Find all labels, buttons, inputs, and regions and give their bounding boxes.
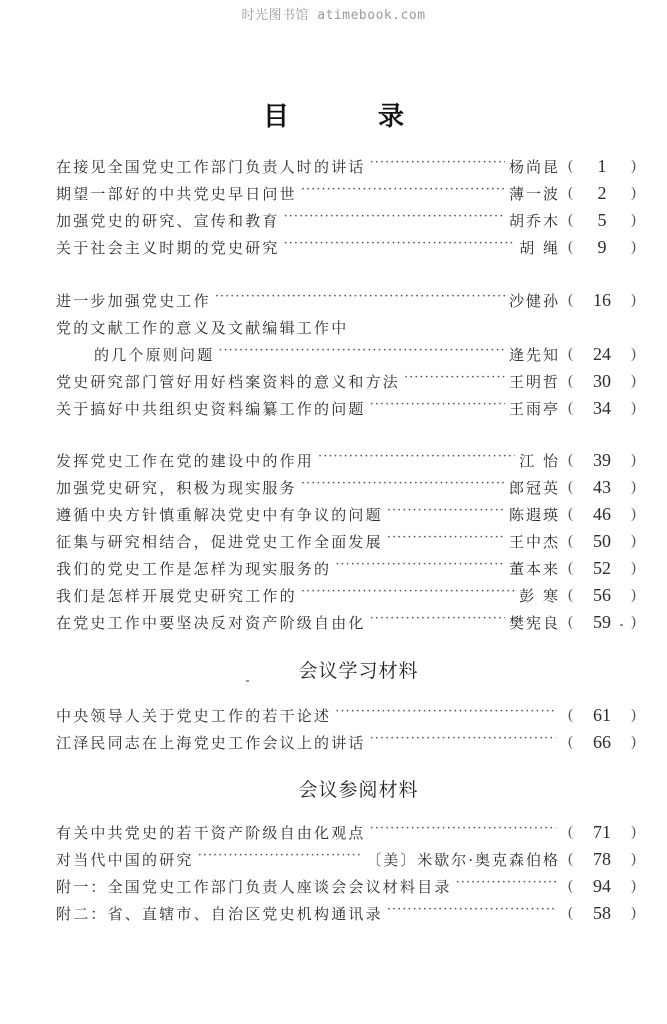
leader-dots <box>404 372 505 390</box>
entry-author: 樊宪良 <box>509 612 560 633</box>
entry-author: 王中杰 <box>509 531 560 552</box>
entry-page: (46) <box>560 504 636 525</box>
page-number: 5 <box>573 210 631 231</box>
toc-entry[interactable]: 期望一部好的中共党史早日问世 薄一波 (2) <box>56 181 636 205</box>
page-number: 56 <box>573 585 631 606</box>
watermark: 时光图书馆 atimebook.com <box>0 4 667 23</box>
entry-page: (50) <box>560 531 636 552</box>
entry-title: 关于社会主义时期的党史研究 <box>56 237 280 258</box>
page-number: 94 <box>573 876 631 897</box>
leader-dots <box>387 505 505 523</box>
leader-dots <box>215 291 505 309</box>
entry-page: (66) <box>560 732 636 753</box>
entry-page: (5) <box>560 210 636 231</box>
entry-title: 期望一部好的中共党史早日问世 <box>56 183 297 204</box>
page-number: 59 <box>573 612 631 633</box>
entry-title: 附二：省、直辖市、自治区党史机构通讯录 <box>56 903 383 924</box>
entry-title: 我们是怎样开展党史研究工作的 <box>56 585 297 606</box>
entry-page: (16) <box>560 290 636 311</box>
leader-dots <box>370 399 505 417</box>
entry-author: 陈遐瑛 <box>509 504 560 525</box>
entry-page: (56) <box>560 585 636 606</box>
page-number: 61 <box>573 705 631 726</box>
entry-title: 有关中共党史的若干资产阶级自由化观点 <box>56 822 366 843</box>
page-number: 46 <box>573 504 631 525</box>
entry-author: 胡 绳 <box>519 237 560 258</box>
entry-page: (52) <box>560 558 636 579</box>
entry-title: 对当代中国的研究 <box>56 849 194 870</box>
leader-dots <box>318 451 515 469</box>
toc-entry[interactable]: 发挥党史工作在党的建设中的作用 江 怡 (39) <box>56 448 636 472</box>
entry-page: (94) <box>560 876 636 897</box>
toc-entry[interactable]: 在接见全国党史工作部门负责人时的讲话 杨尚昆 (1) <box>56 154 636 178</box>
page-number: 34 <box>573 398 631 419</box>
entry-title: 加强党史的研究、宣传和教育 <box>56 210 280 231</box>
page-number: 24 <box>573 344 631 365</box>
entry-author: 王雨亭 <box>509 398 560 419</box>
leader-dots <box>370 157 505 175</box>
page-number: 2 <box>573 183 631 204</box>
toc-entry-continuation[interactable]: 的几个原则问题 逄先知 (24) <box>94 342 636 366</box>
entry-page: (71) <box>560 822 636 843</box>
entry-author: 郎冠英 <box>509 477 560 498</box>
entry-title: 征集与研究相结合，促进党史工作全面发展 <box>56 531 383 552</box>
toc-entry[interactable]: 我们是怎样开展党史研究工作的 彭 寒 (56) <box>56 583 636 607</box>
entry-author: 董本来 <box>509 558 560 579</box>
leader-dots <box>301 478 505 496</box>
leader-dots <box>301 586 515 604</box>
page-number: 78 <box>573 849 631 870</box>
entry-author: 胡乔木 <box>509 210 560 231</box>
entry-page: (30) <box>560 371 636 392</box>
leader-dots <box>456 877 556 895</box>
page-number: 66 <box>573 732 631 753</box>
entry-page: (61) <box>560 705 636 726</box>
leader-dots <box>284 211 505 229</box>
entry-author: 〔美〕米歇尔·奥克森伯格 <box>366 849 560 870</box>
toc-entry[interactable]: 附一：全国党史工作部门负责人座谈会会议材料目录 (94) <box>56 874 636 898</box>
page-number: 16 <box>573 290 631 311</box>
entry-title: 党史研究部门管好用好档案资料的意义和方法 <box>56 371 400 392</box>
page-number: 52 <box>573 558 631 579</box>
entry-title: 加强党史研究，积极为现实服务 <box>56 477 297 498</box>
entry-title: 关于搞好中共组织史资料编纂工作的问题 <box>56 398 366 419</box>
toc-entry[interactable]: 关于社会主义时期的党史研究 胡 绳 (9) <box>56 235 636 259</box>
toc-entry[interactable]: 加强党史研究，积极为现实服务 郎冠英 (43) <box>56 475 636 499</box>
leader-dots <box>218 345 505 363</box>
page-number: 9 <box>573 237 631 258</box>
leader-dots <box>370 823 556 841</box>
entry-page: (24) <box>560 344 636 365</box>
leader-dots <box>387 904 556 922</box>
leader-dots <box>387 532 505 550</box>
toc-entry[interactable]: 江泽民同志在上海党史工作会议上的讲话 (66) <box>56 730 636 754</box>
page-number: 1 <box>573 156 631 177</box>
toc-entry[interactable]: 加强党史的研究、宣传和教育 胡乔木 (5) <box>56 208 636 232</box>
entry-title: 我们的党史工作是怎样为现实服务的 <box>56 558 331 579</box>
page-number: 30 <box>573 371 631 392</box>
entry-page: (9) <box>560 237 636 258</box>
toc-entry[interactable]: 党史研究部门管好用好档案资料的意义和方法 王明哲 (30) <box>56 369 636 393</box>
toc-entry[interactable]: 对当代中国的研究 〔美〕米歇尔·奥克森伯格 (78) <box>56 847 636 871</box>
entry-author: 杨尚昆 <box>509 156 560 177</box>
entry-page: (58) <box>560 903 636 924</box>
entry-page: (2) <box>560 183 636 204</box>
entry-title: 遵循中央方针慎重解决党史中有争议的问题 <box>56 504 383 525</box>
section-heading-reference-materials: 会议参阅材料 <box>0 775 667 802</box>
entry-author: 薄一波 <box>509 183 560 204</box>
entry-title: 进一步加强党史工作 <box>56 290 211 311</box>
page-number: 43 <box>573 477 631 498</box>
entry-page: (1) <box>560 156 636 177</box>
leader-dots <box>370 613 505 631</box>
leader-dots <box>284 238 516 256</box>
toc-entry[interactable]: 遵循中央方针慎重解决党史中有争议的问题 陈遐瑛 (46) <box>56 502 636 526</box>
toc-entry[interactable]: 进一步加强党史工作 沙健孙 (16) <box>56 288 636 312</box>
entry-title-continuation: 的几个原则问题 <box>94 344 214 365</box>
entry-title: 附一：全国党史工作部门负责人座谈会会议材料目录 <box>56 876 452 897</box>
entry-title: 在党史工作中要坚决反对资产阶级自由化 <box>56 612 366 633</box>
section-heading-study-materials: 会议学习材料 <box>0 656 667 683</box>
entry-title: 中央领导人关于党史工作的若干论述 <box>56 705 331 726</box>
entry-page: (43) <box>560 477 636 498</box>
entry-title: 江泽民同志在上海党史工作会议上的讲话 <box>56 732 366 753</box>
leader-dots <box>335 559 505 577</box>
page-number: 50 <box>573 531 631 552</box>
toc-entry[interactable]: 征集与研究相结合，促进党史工作全面发展 王中杰 (50) <box>56 529 636 553</box>
entry-page: (34) <box>560 398 636 419</box>
page-title: 目 录 <box>0 96 667 133</box>
toc-entry[interactable]: 中央领导人关于党史工作的若干论述 (61) <box>56 703 636 727</box>
toc-entry[interactable]: 附二：省、直辖市、自治区党史机构通讯录 (58) <box>56 901 636 925</box>
toc-entry[interactable]: 关于搞好中共组织史资料编纂工作的问题 王雨亭 (34) <box>56 396 636 420</box>
leader-dots <box>301 184 505 202</box>
page-number: 58 <box>573 903 631 924</box>
entry-page: (59) <box>560 612 636 633</box>
toc-entry[interactable]: 有关中共党史的若干资产阶级自由化观点 (71) <box>56 820 636 844</box>
entry-author: 逄先知 <box>509 344 560 365</box>
entry-page: (78) <box>560 849 636 870</box>
entry-title: 在接见全国党史工作部门负责人时的讲话 <box>56 156 366 177</box>
page-number: 39 <box>573 450 631 471</box>
scan-speck <box>620 624 623 626</box>
entry-page: (39) <box>560 450 636 471</box>
toc-entry[interactable]: 我们的党史工作是怎样为现实服务的 董本来 (52) <box>56 556 636 580</box>
entry-author: 江 怡 <box>519 450 560 471</box>
entry-author: 彭 寒 <box>519 585 560 606</box>
leader-dots <box>198 850 363 868</box>
entry-author: 沙健孙 <box>509 290 560 311</box>
leader-dots <box>335 706 556 724</box>
entry-author: 王明哲 <box>509 371 560 392</box>
entry-title: 发挥党史工作在党的建设中的作用 <box>56 450 314 471</box>
toc-entry[interactable]: 在党史工作中要坚决反对资产阶级自由化 樊宪良 (59) <box>56 610 636 634</box>
entry-title: 党的文献工作的意义及文献编辑工作中 <box>56 317 348 338</box>
leader-dots <box>370 733 556 751</box>
toc-entry-first-line[interactable]: 党的文献工作的意义及文献编辑工作中 <box>56 315 636 339</box>
page-number: 71 <box>573 822 631 843</box>
